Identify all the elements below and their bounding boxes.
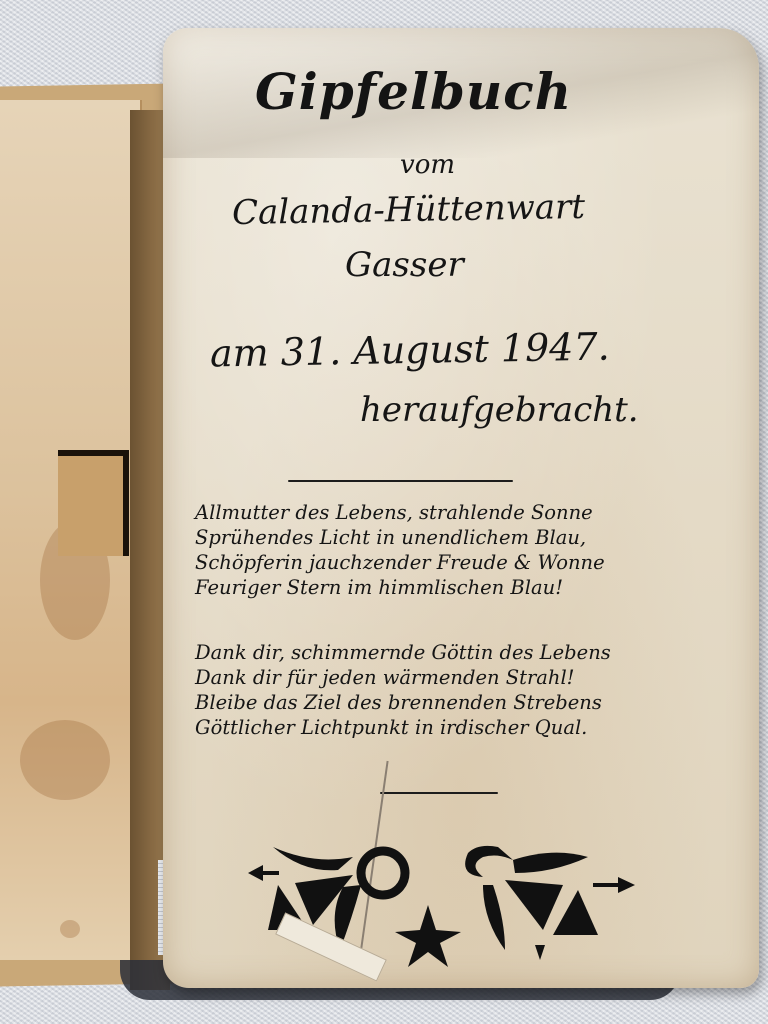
poem-line: Dank dir für jeden wärmenden Strahl! [195, 665, 755, 690]
poem-line: Sprühendes Licht in unendlichem Blau, [195, 525, 755, 550]
poem-line: Göttlicher Lichtpunkt in irdischer Qual. [195, 715, 755, 740]
dedication-heraufgebracht: heraufgebracht. [360, 390, 639, 430]
dedication-date: am 31. August 1947. [210, 325, 610, 376]
torn-page-hole [58, 450, 129, 556]
poem-line: Dank dir, schimmernde Göttin des Lebens [195, 640, 755, 665]
water-stain [60, 920, 80, 938]
poem-stanza-1: Allmutter des Lebens, strahlende Sonne S… [195, 500, 755, 600]
water-stain [20, 720, 110, 800]
ornament-flourish-icon [243, 835, 643, 975]
dedication-hut-keeper: Calanda-Hüttenwart [232, 187, 586, 233]
poem-stanza-2: Dank dir, schimmernde Göttin des Lebens … [195, 640, 755, 740]
divider-line-short [380, 792, 498, 794]
poem-line: Allmutter des Lebens, strahlende Sonne [195, 500, 755, 525]
dedication-name: Gasser [345, 245, 464, 285]
divider-line [288, 480, 513, 482]
book-title: Gipfelbuch [255, 62, 655, 121]
poem-line: Feuriger Stern im himmlischen Blau! [195, 575, 755, 600]
dedication-vom: vom [400, 150, 455, 180]
poem-line: Schöpferin jauchzender Freude & Wonne [195, 550, 755, 575]
poem-line: Bleibe das Ziel des brennenden Strebens [195, 690, 755, 715]
